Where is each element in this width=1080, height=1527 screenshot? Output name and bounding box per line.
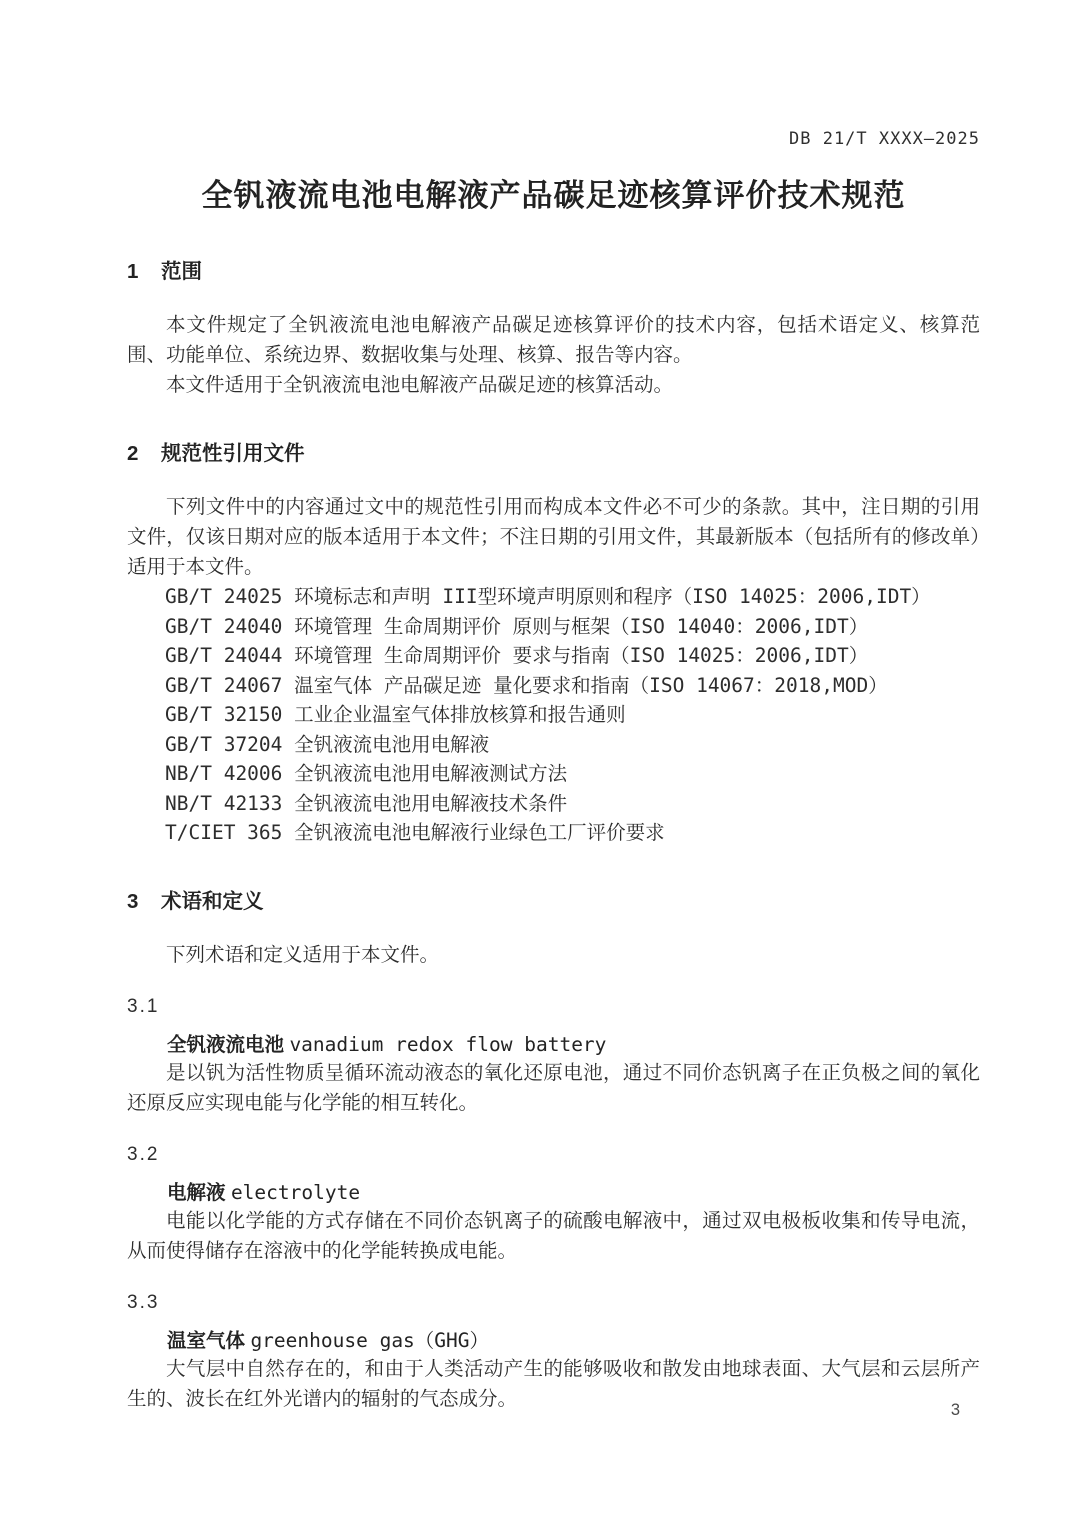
document-page: DB 21/T XXXX—2025 全钒液流电池电解液产品碳足迹核算评价技术规范… — [0, 0, 1080, 1527]
term-number: 3.3 — [127, 1290, 980, 1316]
reference-item: NB/T 42006 全钒液流电池用电解液测试方法 — [165, 759, 980, 789]
term-en: vanadium redox flow battery — [289, 1033, 606, 1056]
section-2-heading: 2规范性引用文件 — [127, 440, 980, 468]
reference-item: GB/T 24025 环境标志和声明 III型环境声明原则和程序（ISO 140… — [165, 582, 980, 612]
term-number: 3.2 — [127, 1142, 980, 1168]
term-en: greenhouse gas（GHG） — [250, 1329, 489, 1352]
term-definition: 大气层中自然存在的，和由于人类活动产生的能够吸收和散发由地球表面、大气层和云层所… — [127, 1354, 980, 1414]
term-definition: 电能以化学能的方式存储在不同价态钒离子的硫酸电解液中，通过双电极板收集和传导电流… — [127, 1206, 980, 1266]
reference-item: T/CIET 365 全钒液流电池电解液行业绿色工厂评价要求 — [165, 818, 980, 848]
section-3-number: 3 — [127, 888, 161, 916]
term-heading: 温室气体 greenhouse gas（GHG） — [167, 1328, 980, 1354]
scope-paragraph-1: 本文件规定了全钒液流电池电解液产品碳足迹核算评价的技术内容，包括术语定义、核算范… — [127, 310, 980, 370]
normative-references-intro: 下列文件中的内容通过文中的规范性引用而构成本文件必不可少的条款。其中，注日期的引… — [127, 492, 980, 582]
reference-item: NB/T 42133 全钒液流电池用电解液技术条件 — [165, 789, 980, 819]
term-zh: 温室气体 — [167, 1330, 245, 1352]
reference-item: GB/T 24067 温室气体 产品碳足迹 量化要求和指南（ISO 14067：… — [165, 671, 980, 701]
term-en: electrolyte — [231, 1181, 360, 1204]
term-number: 3.1 — [127, 994, 980, 1020]
reference-item: GB/T 37204 全钒液流电池用电解液 — [165, 730, 980, 760]
document-code: DB 21/T XXXX—2025 — [127, 0, 980, 150]
section-2-title: 规范性引用文件 — [161, 442, 305, 465]
section-2-number: 2 — [127, 440, 161, 468]
section-1-heading: 1范围 — [127, 258, 980, 286]
reference-list: GB/T 24025 环境标志和声明 III型环境声明原则和程序（ISO 140… — [127, 582, 980, 848]
section-1-number: 1 — [127, 258, 161, 286]
term-zh: 电解液 — [167, 1182, 226, 1204]
reference-item: GB/T 24040 环境管理 生命周期评价 原则与框架（ISO 14040：2… — [165, 612, 980, 642]
term-zh: 全钒液流电池 — [167, 1034, 284, 1056]
page-number: 3 — [951, 1401, 960, 1420]
reference-item: GB/T 32150 工业企业温室气体排放核算和报告通则 — [165, 700, 980, 730]
document-title: 全钒液流电池电解液产品碳足迹核算评价技术规范 — [127, 174, 980, 218]
section-3-heading: 3术语和定义 — [127, 888, 980, 916]
reference-item: GB/T 24044 环境管理 生命周期评价 要求与指南（ISO 14025：2… — [165, 641, 980, 671]
term-definition: 是以钒为活性物质呈循环流动液态的氧化还原电池，通过不同价态钒离子在正负极之间的氧… — [127, 1058, 980, 1118]
section-3-title: 术语和定义 — [161, 890, 264, 913]
terms-intro: 下列术语和定义适用于本文件。 — [127, 940, 980, 970]
term-heading: 全钒液流电池 vanadium redox flow battery — [167, 1032, 980, 1058]
term-heading: 电解液 electrolyte — [167, 1180, 980, 1206]
section-1-title: 范围 — [161, 260, 202, 283]
scope-paragraph-2: 本文件适用于全钒液流电池电解液产品碳足迹的核算活动。 — [127, 370, 980, 400]
